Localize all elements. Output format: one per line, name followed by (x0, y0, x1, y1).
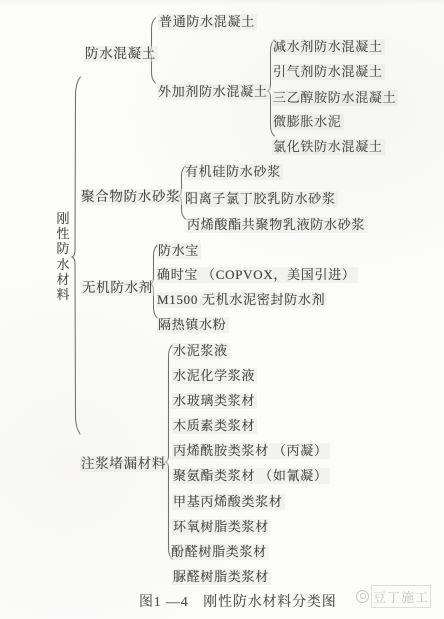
group-label-grouting-materials: 注浆堵漏材料 (80, 456, 168, 471)
tree-node: 木质素类浆材 (172, 418, 257, 433)
brace-root (72, 77, 81, 434)
tree-node: 水玻璃类浆材 (172, 393, 257, 408)
figure-page: 刚性防水材料 防水混凝土 普通防水混凝土 外加剂防水混凝土 减水剂防水混凝土 引… (0, 0, 444, 619)
group-label-inorganic-agent: 无机防水剂 (81, 280, 155, 295)
tree-node: 脲醛树脂类浆材 (172, 569, 271, 584)
tree-node: 聚氨酯类浆材 （如氰凝） (172, 468, 330, 483)
figure-caption: 图1 —4 刚性防水材料分类图 (139, 591, 337, 611)
tree-node: 丙烯酰胺类浆材 （丙凝） (172, 443, 330, 458)
tree-node: 三乙醇胺防水混凝土 (272, 90, 398, 105)
docin-logo-icon (356, 590, 369, 603)
tree-node: 减水剂防水混凝土 (272, 39, 385, 54)
tree-node: 氯化铁防水混凝土 (272, 139, 385, 154)
tree-node: 引气剂防水混凝土 (272, 64, 385, 79)
tree-node: 环氧树脂类浆材 (172, 519, 271, 534)
tree-node: M1500 无机水泥密封防水剂 (156, 292, 327, 307)
tree-node: 微膨胀水泥 (272, 114, 344, 129)
tree-node: 外加剂防水混凝土 (157, 84, 270, 99)
watermark: 豆丁施工 (356, 588, 429, 604)
watermark-text: 豆丁施工 (373, 587, 429, 606)
group-label-polymer-mortar: 聚合物防水砂浆 (80, 189, 182, 204)
tree-node: 隔热镇水粉 (157, 317, 229, 332)
group-label-waterproof-concrete: 防水混凝土 (84, 46, 158, 61)
tree-node: 甲基丙烯酸类浆材 (172, 494, 285, 509)
tree-node: 丙烯酸酯共聚物乳液防水砂浆 (186, 217, 367, 232)
tree-node: 确时宝 （COPVOX，美国引进） (156, 267, 358, 282)
tree-node: 酚醛树脂类浆材 (170, 544, 269, 559)
tree-node: 水泥浆液 (172, 343, 230, 358)
root-label-rigid-waterproof-materials: 刚性防水材料 (54, 211, 72, 302)
tree-node: 阳离子氯丁胶乳防水砂浆 (184, 191, 338, 206)
tree-node: 普通防水混凝土 (158, 14, 257, 29)
tree-node: 有机硅防水砂浆 (184, 164, 283, 179)
tree-node: 水泥化学浆液 (172, 368, 257, 383)
tree-node: 防水宝 (157, 243, 201, 258)
